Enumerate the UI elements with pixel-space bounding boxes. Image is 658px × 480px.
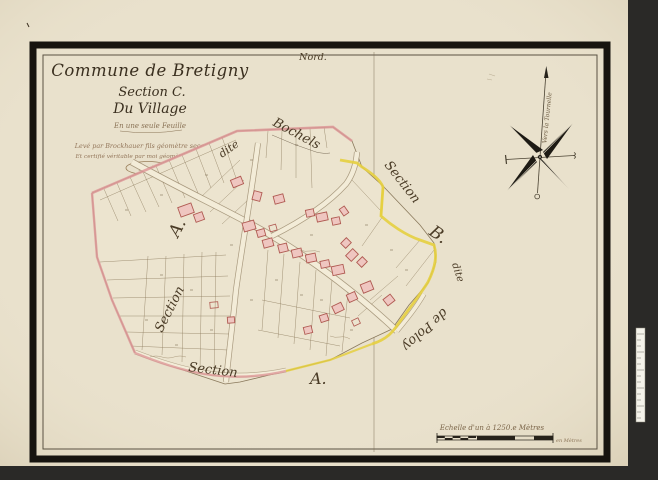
map-section-title: Section C. bbox=[118, 85, 185, 100]
map-subtitle: Du Village bbox=[112, 101, 187, 117]
north-label: Nord. bbox=[298, 52, 327, 63]
scale-caption: Echelle d'un à 1250.e Mètres bbox=[439, 424, 545, 432]
section-bottom-letter: A. bbox=[308, 369, 327, 388]
map-scan-canvas: Commune de Bretigny Section C. Du Villag… bbox=[0, 0, 658, 480]
sheet-note: En une seule Feuille bbox=[113, 122, 186, 130]
scale-unit-note: en Mètres bbox=[556, 437, 582, 444]
ruler-strip bbox=[636, 328, 645, 422]
map-title: Commune de Bretigny bbox=[51, 61, 249, 80]
scanned-cadastral-map: Commune de Bretigny Section C. Du Villag… bbox=[0, 0, 658, 480]
